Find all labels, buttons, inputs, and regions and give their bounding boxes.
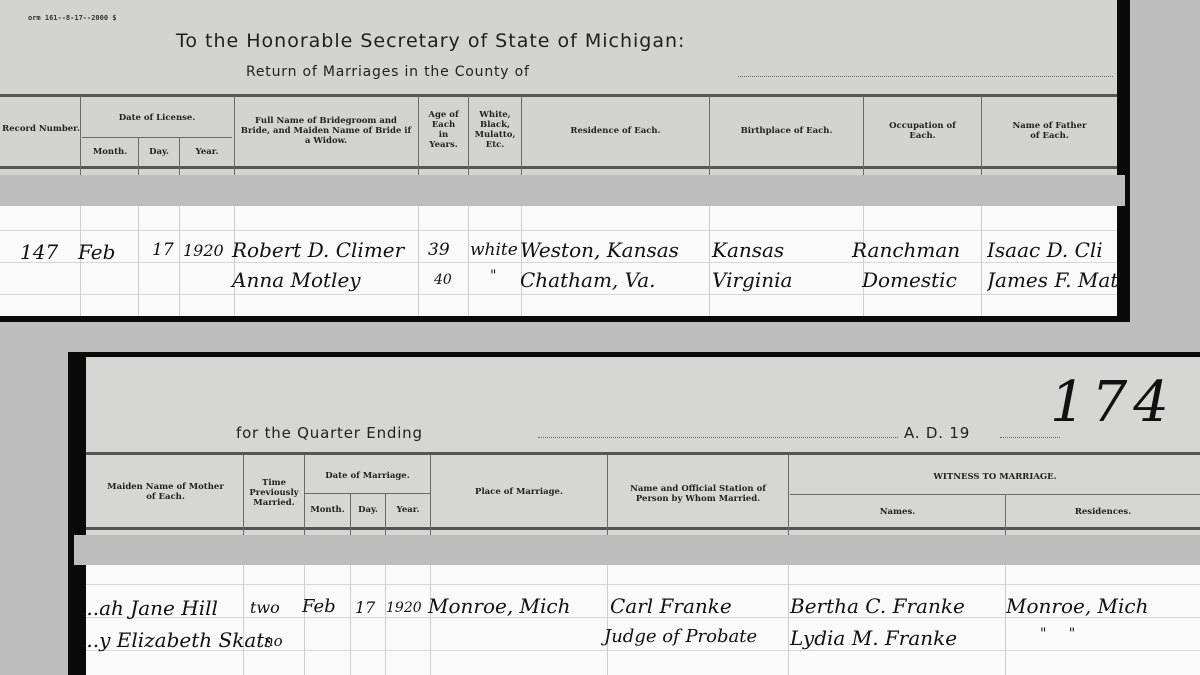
- year-blank-line: [1000, 437, 1060, 438]
- ruled-col: [1005, 565, 1006, 675]
- ruled-col: [607, 565, 608, 675]
- header-time-prev-married: Time Previously Married.: [244, 472, 304, 516]
- groom-birthplace: Kansas: [712, 238, 784, 262]
- quarter-ending-label: for the Quarter Ending: [236, 424, 423, 442]
- county-blank-line: [738, 76, 1113, 77]
- page-title: To the Honorable Secretary of State of M…: [176, 30, 685, 52]
- quarter-blank-line: [538, 437, 898, 438]
- header-witness: WITNESS TO MARRIAGE.: [790, 466, 1200, 490]
- place-of-marriage: Monroe, Mich: [428, 594, 571, 618]
- header-full-name: Full Name of Bridegroom and Bride, and M…: [240, 110, 412, 154]
- header-marriage-month: Month.: [305, 498, 350, 524]
- witness1-name: Bertha C. Franke: [790, 594, 965, 618]
- redaction-bar: [0, 175, 1125, 206]
- license-day-value: 17: [152, 240, 174, 260]
- page-subtitle: Return of Marriages in the County of: [246, 64, 530, 80]
- col-divider: [788, 455, 789, 535]
- ruled-col: [350, 565, 351, 675]
- row-divider: [82, 137, 232, 138]
- witness2-residence: " ": [1040, 626, 1075, 642]
- ruled-col: [385, 565, 386, 675]
- ruled-line: [0, 294, 1117, 295]
- header-license-day: Day.: [139, 140, 179, 166]
- groom-mother: ...ah Jane Hill: [80, 596, 240, 620]
- bride-residence: Chatham, Va.: [520, 268, 656, 292]
- right-record-section: [86, 565, 1200, 675]
- groom-time-prev-married: two: [250, 598, 280, 617]
- officiant-title: Judge of Probate: [604, 626, 757, 647]
- ruled-line: [0, 230, 1117, 231]
- groom-residence: Weston, Kansas: [520, 238, 679, 262]
- ruled-col: [981, 206, 982, 316]
- groom-father: Isaac D. Cli: [987, 238, 1117, 262]
- header-date-of-license: Date of License.: [82, 104, 232, 134]
- header-witness-names: Names.: [790, 502, 1005, 524]
- bride-birthplace: Virginia: [712, 268, 792, 292]
- header-marriage-year: Year.: [386, 498, 430, 524]
- ruled-col: [243, 565, 244, 675]
- header-place-of-marriage: Place of Marriage.: [431, 475, 607, 511]
- bride-time-prev-married: no: [264, 632, 283, 650]
- header-marriage-day: Day.: [351, 498, 385, 524]
- groom-occupation: Ranchman: [852, 238, 960, 262]
- bride-mother: ...y Elizabeth Skats: [80, 628, 270, 652]
- officiant-name: Carl Franke: [610, 594, 732, 618]
- col-divider: [234, 96, 235, 175]
- header-license-month: Month.: [82, 140, 138, 166]
- header-color: White, Black, Mulatto, Etc.: [469, 98, 521, 164]
- header-witness-residences: Residences.: [1006, 502, 1200, 524]
- header-father: Name of Father of Each.: [982, 110, 1117, 154]
- header-rule-top: [86, 452, 1200, 455]
- row-divider: [305, 493, 430, 494]
- witness1-residence: Monroe, Mich: [1006, 594, 1149, 618]
- header-occupation: Occupation of Each.: [864, 110, 981, 154]
- bride-age: 40: [434, 272, 452, 288]
- col-divider: [80, 96, 81, 175]
- header-rule-bottom: [86, 527, 1200, 530]
- ruled-col: [418, 206, 419, 316]
- header-license-year: Year.: [180, 140, 234, 166]
- header-record-number: Record Number.: [2, 110, 80, 150]
- ruled-col: [788, 565, 789, 675]
- bride-color: ": [490, 268, 496, 284]
- header-date-of-marriage: Date of Marriage.: [305, 464, 430, 490]
- ad-label: A. D. 19: [904, 424, 970, 442]
- header-birthplace: Birthplace of Each.: [710, 110, 863, 154]
- ruled-col: [468, 206, 469, 316]
- ruled-col: [430, 565, 431, 675]
- header-mother: Maiden Name of Mother of Each.: [88, 475, 243, 511]
- bride-occupation: Domestic: [862, 268, 957, 292]
- row-divider: [790, 494, 1200, 495]
- license-month-value: Feb: [78, 240, 115, 264]
- page-number: 174: [1050, 370, 1175, 435]
- ruled-col: [709, 206, 710, 316]
- marriage-day-value: 17: [355, 598, 375, 617]
- ruled-col: [304, 565, 305, 675]
- groom-name: Robert D. Climer: [232, 238, 404, 262]
- marriage-year-value: 1920: [386, 600, 422, 616]
- header-rule-top: [0, 94, 1117, 97]
- witness2-name: Lydia M. Franke: [790, 626, 957, 650]
- header-rule-bottom: [0, 166, 1117, 169]
- marriage-month-value: Feb: [302, 596, 336, 617]
- form-number: orm 161--8-17--2000 $: [28, 14, 117, 22]
- ruled-line: [86, 584, 1200, 585]
- bride-name: Anna Motley: [232, 268, 361, 292]
- record-number-value: 147: [20, 240, 58, 264]
- license-year-value: 1920: [183, 241, 224, 260]
- header-residence: Residence of Each.: [522, 110, 709, 154]
- ruled-line: [0, 262, 1117, 263]
- groom-color: white: [470, 240, 518, 260]
- header-age: Age of Each in Years.: [419, 98, 468, 164]
- ruled-col: [179, 206, 180, 316]
- header-officiant: Name and Official Station of Person by W…: [608, 478, 788, 512]
- bride-father: James F. Matt: [987, 268, 1117, 292]
- ruled-col: [138, 206, 139, 316]
- redaction-bar: [74, 535, 1200, 565]
- groom-age: 39: [428, 240, 450, 260]
